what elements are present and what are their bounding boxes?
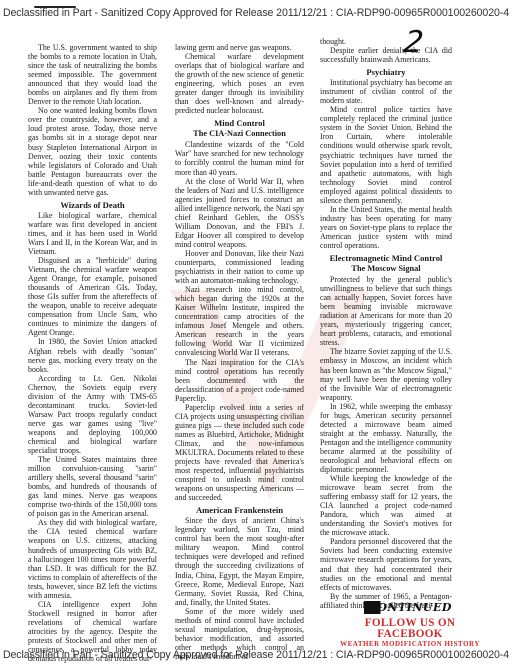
paragraph: The Nazi inspiration for the CIA's mind …	[175, 358, 304, 403]
paragraph: Despite earlier denials, the CIA did suc…	[320, 46, 452, 64]
paragraph: Clandestine wizards of the "Cold War" ha…	[175, 140, 304, 176]
continued-stamp: CONTINUED	[364, 601, 456, 614]
paragraph: Chemical warfare development overlaps th…	[175, 52, 304, 115]
paragraph: The U.S. government wanted to ship the b…	[28, 43, 157, 106]
paragraph: In 1980, the Soviet Union attacked Afgha…	[28, 337, 157, 373]
paragraph: Mind control police tactics have complet…	[320, 105, 452, 205]
article-column-2: lawing germ and nerve gas weapons. Chemi…	[175, 43, 304, 661]
paragraph: The bizarre Soviet zapping of the U.S. e…	[320, 347, 452, 401]
article-column-3: thought. Despite earlier denials, the CI…	[320, 37, 452, 610]
facebook-promo-line: FOLLOW US ON FACEBOOK	[335, 618, 485, 640]
paragraph: Paperclip evolved into a series of CIA p…	[175, 403, 304, 503]
paragraph: No one wanted leaking bombs flown over t…	[28, 106, 157, 196]
article-column-1: The U.S. government wanted to ship the b…	[28, 43, 157, 663]
facebook-promo-subline: WEATHER MODIFICATION HISTORY	[335, 640, 485, 648]
paragraph: Nazi research into mind control, which b…	[175, 285, 304, 357]
paragraph: Since the days of ancient China's legend…	[175, 516, 304, 606]
paragraph: Pandora personnel discovered that the So…	[320, 537, 452, 591]
paragraph: lawing germ and nerve gas weapons.	[175, 43, 304, 52]
paragraph: Protected by the general public's unwill…	[320, 275, 452, 347]
section-heading-american-frankenstein: American Frankenstein	[175, 505, 304, 515]
paragraph: While keeping the knowledge of the micro…	[320, 474, 452, 537]
section-heading-wizards-of-death: Wizards of Death	[28, 200, 157, 210]
section-subheading-moscow-signal: The Moscow Signal	[320, 264, 452, 274]
paragraph: In 1962, while sweeping the embassy for …	[320, 402, 452, 474]
declassification-banner-top: Declassified in Part - Sanitized Copy Ap…	[0, 7, 512, 19]
paragraph: Disguised as a "herbicide" during Vietna…	[28, 256, 157, 337]
paragraph: thought.	[320, 37, 452, 46]
paragraph: According to Lt. Gen. Nikolai Chernov, t…	[28, 374, 157, 455]
paragraph: As they did with biological warfare, the…	[28, 518, 157, 599]
continued-stamp-block: CONTINUED FOLLOW US ON FACEBOOK WEATHER …	[335, 596, 485, 648]
section-heading-electromagnetic-mind-control: Electromagnetic Mind Control	[320, 253, 452, 263]
declassification-banner-bottom: Declassified in Part - Sanitized Copy Ap…	[0, 649, 512, 661]
paragraph: At the close of World War II, when the l…	[175, 177, 304, 249]
paragraph: Hoover and Donovan, like their Nazi coun…	[175, 249, 304, 285]
paragraph: Institutional psychiatry has become an i…	[320, 78, 452, 105]
section-heading-mind-control: Mind Control	[175, 118, 304, 128]
section-subheading-cia-nazi-connection: The CIA-Nazi Connection	[175, 129, 304, 139]
paragraph: The United States maintains three millio…	[28, 455, 157, 518]
section-heading-psychiatry: Psychiatry	[320, 67, 452, 77]
paragraph: In the United States, the mental health …	[320, 205, 452, 250]
paragraph: Like biological warfare, chemical warfar…	[28, 211, 157, 256]
